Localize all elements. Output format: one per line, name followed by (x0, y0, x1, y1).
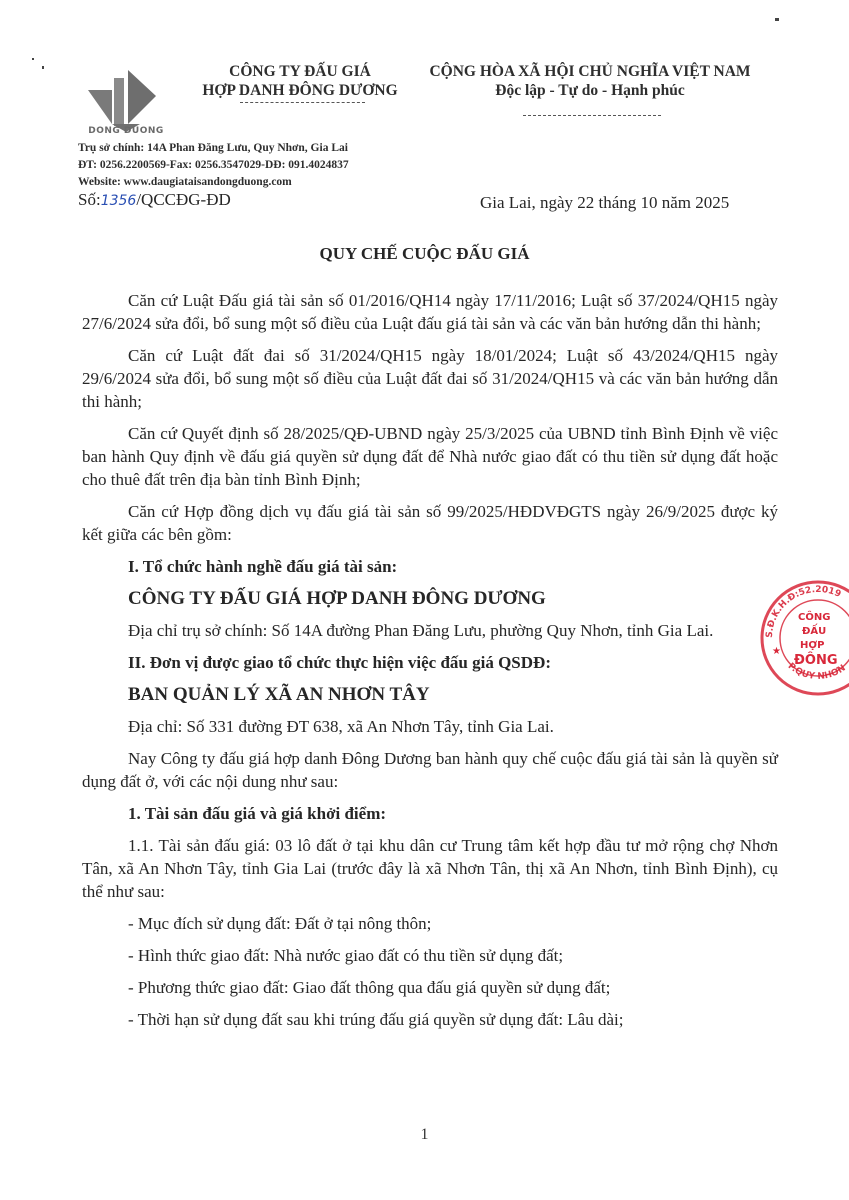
document-number: Số:1356/QCCĐG-ĐD (78, 190, 231, 210)
intro-paragraph: Nay Công ty đấu giá hợp danh Đông Dương … (82, 747, 778, 793)
page-number: 1 (0, 1126, 849, 1144)
basis-paragraph: Căn cứ Luật đất đai số 31/2024/QH15 ngày… (82, 344, 778, 413)
section2-org: BAN QUẢN LÝ XÃ AN NHƠN TÂY (82, 683, 778, 706)
scan-speck (42, 66, 44, 69)
contact-phone: ĐT: 0256.2200569-Fax: 0256.3547029-DĐ: 0… (78, 157, 349, 174)
nation-divider (523, 115, 661, 116)
logo-text: DONG DUONG (84, 126, 168, 136)
stamp-line: ĐÔNG (794, 652, 838, 668)
section1-heading: I. Tổ chức hành nghề đấu giá tài sản: (82, 555, 778, 578)
document-body: Căn cứ Luật Đấu giá tài sản số 01/2016/Q… (82, 289, 778, 1040)
org-name-line2: HỢP DANH ĐÔNG DƯƠNG (180, 81, 420, 100)
bullet-item: - Phương thức giao đất: Giao đất thông q… (82, 976, 778, 999)
section2-address: Địa chỉ: Số 331 đường ĐT 638, xã An Nhơn… (82, 715, 778, 738)
section2-heading: II. Đơn vị được giao tổ chức thực hiện v… (82, 651, 778, 674)
nation-title: CỘNG HÒA XÃ HỘI CHỦ NGHĨA VIỆT NAM (405, 62, 775, 81)
nation-motto: Độc lập - Tự do - Hạnh phúc (405, 81, 775, 100)
company-seal-stamp: S.Đ.K.H.Đ:52.2019 P.QUY NHƠN ★ CÔNG ĐẤU … (758, 578, 849, 698)
scan-speck (32, 58, 34, 60)
document-title: QUY CHẾ CUỘC ĐẤU GIÁ (0, 244, 849, 264)
contact-info: Trụ sở chính: 14A Phan Đăng Lưu, Quy Nhơ… (78, 140, 349, 191)
bullet-item: - Thời hạn sử dụng đất sau khi trúng đấu… (82, 1008, 778, 1031)
contact-website: Website: www.daugiataisandongduong.com (78, 174, 349, 191)
basis-paragraph: Căn cứ Hợp đồng dịch vụ đấu giá tài sản … (82, 500, 778, 546)
scan-speck (775, 18, 779, 21)
contact-address: Trụ sở chính: 14A Phan Đăng Lưu, Quy Nhơ… (78, 140, 349, 157)
doc-number-handwritten: 1356 (101, 193, 137, 209)
basis-paragraph: Căn cứ Quyết định số 28/2025/QĐ-UBND ngà… (82, 422, 778, 491)
section1-address: Địa chỉ trụ sở chính: Số 14A đường Phan … (82, 619, 778, 642)
org-name-line1: CÔNG TY ĐẤU GIÁ (180, 62, 420, 81)
place-date: Gia Lai, ngày 22 tháng 10 năm 2025 (480, 193, 729, 213)
org-divider (240, 102, 365, 103)
basis-paragraph: Căn cứ Luật Đấu giá tài sản số 01/2016/Q… (82, 289, 778, 335)
stamp-line: ĐẤU (802, 622, 826, 637)
doc-number-suffix: /QCCĐG-ĐD (136, 190, 230, 209)
stamp-line: HỢP (800, 640, 824, 651)
bullet-item: - Mục đích sử dụng đất: Đất ở tại nông t… (82, 912, 778, 935)
organization-name: CÔNG TY ĐẤU GIÁ HỢP DANH ĐÔNG DƯƠNG (180, 62, 420, 100)
doc-number-prefix: Số: (78, 190, 101, 209)
national-header: CỘNG HÒA XÃ HỘI CHỦ NGHĨA VIỆT NAM Độc l… (405, 62, 775, 100)
section1-org: CÔNG TY ĐẤU GIÁ HỢP DANH ĐÔNG DƯƠNG (82, 587, 778, 610)
bullet-item: - Hình thức giao đất: Nhà nước giao đất … (82, 944, 778, 967)
stamp-line: CÔNG (798, 610, 830, 623)
item1-heading: 1. Tài sản đấu giá và giá khởi điểm: (82, 802, 778, 825)
item1-1-paragraph: 1.1. Tài sản đấu giá: 03 lô đất ở tại kh… (82, 834, 778, 903)
stamp-star-icon: ★ (772, 646, 781, 657)
